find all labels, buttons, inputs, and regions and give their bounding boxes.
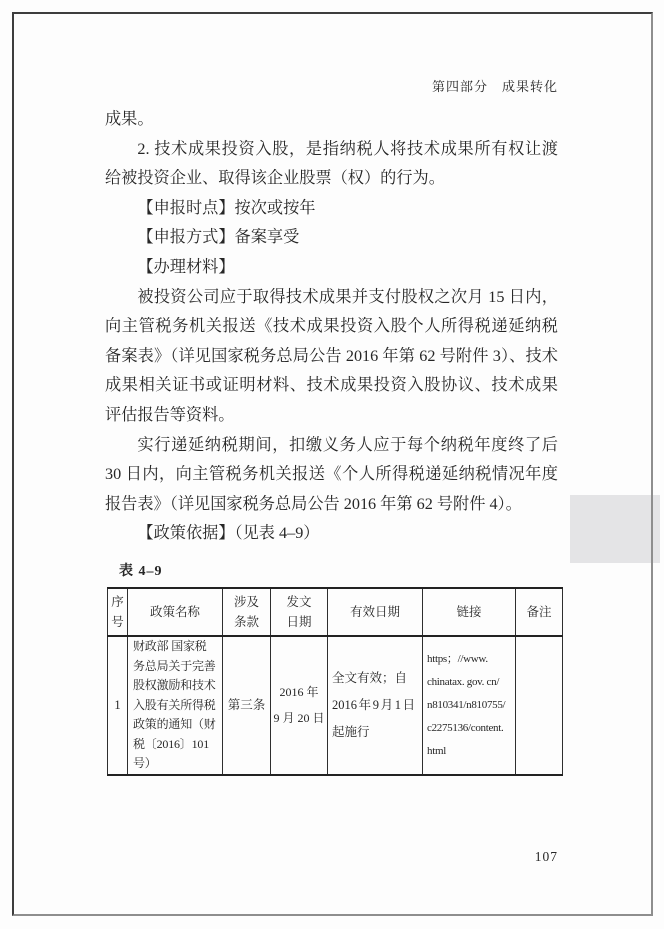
table-header-row: 序 号 政策名称 涉及 条款 发文 日期 有效日期 链接 备注 xyxy=(108,588,563,636)
column-header-note: 备注 xyxy=(516,588,563,636)
column-header-clauses: 涉及 条款 xyxy=(223,588,271,636)
column-header-valid-date: 有效日期 xyxy=(328,588,423,636)
table-row: 1 财政部 国家税 务总局关于完善 股权激励和技术 入股有关所得税 政策的通知（… xyxy=(108,636,563,775)
cell-policy-name: 财政部 国家税 务总局关于完善 股权激励和技术 入股有关所得税 政策的通知（财 … xyxy=(128,636,223,775)
cell-note xyxy=(516,636,563,775)
cell-issue-date: 2016 年 9 月 20 日 xyxy=(271,636,328,775)
body-paragraph-deferred-tax: 实行递延纳税期间，扣缴义务人应于每个纳税年度终了后 30 日内，向主管税务机关报… xyxy=(105,431,558,520)
body-paragraph-materials-detail: 被投资公司应于取得技术成果并支付股权之次月 15 日内，向主管税务机关报送《技术… xyxy=(105,283,558,431)
body-paragraph-continuation: 成果。 xyxy=(105,105,558,135)
cell-valid-date: 全文有效；自 2016 年 9 月 1 日 起施行 xyxy=(328,636,423,775)
column-header-link: 链接 xyxy=(423,588,516,636)
body-paragraph-policy-basis: 【政策依据】（见表 4–9） xyxy=(105,519,558,549)
cell-seq: 1 xyxy=(108,636,128,775)
running-header: 第四部分 成果转化 xyxy=(105,76,558,95)
body-paragraph-declare-method: 【申报方式】备案享受 xyxy=(105,223,558,253)
body-text-block: 成果。 2. 技术成果投资入股，是指纳税人将技术成果所有权让渡给被投资企业、取得… xyxy=(105,105,558,549)
cell-clauses: 第三条 xyxy=(223,636,271,775)
policy-basis-table: 序 号 政策名称 涉及 条款 发文 日期 有效日期 链接 备注 1 财政部 国家… xyxy=(107,587,563,776)
column-header-issue-date: 发文 日期 xyxy=(271,588,328,636)
table-title: 表 4–9 xyxy=(119,560,163,580)
cell-link-url: https；//www. chinatax. gov. cn/ n810341/… xyxy=(423,636,516,775)
column-header-seq: 序 号 xyxy=(108,588,128,636)
body-paragraph-declare-time: 【申报时点】按次或按年 xyxy=(105,194,558,224)
scanned-document-page: 第四部分 成果转化 成果。 2. 技术成果投资入股，是指纳税人将技术成果所有权让… xyxy=(0,0,664,929)
body-paragraph-materials-heading: 【办理材料】 xyxy=(105,253,558,283)
column-header-policy-name: 政策名称 xyxy=(128,588,223,636)
body-paragraph-definition: 2. 技术成果投资入股，是指纳税人将技术成果所有权让渡给被投资企业、取得该企业股… xyxy=(105,135,558,194)
page-number: 107 xyxy=(105,849,558,865)
